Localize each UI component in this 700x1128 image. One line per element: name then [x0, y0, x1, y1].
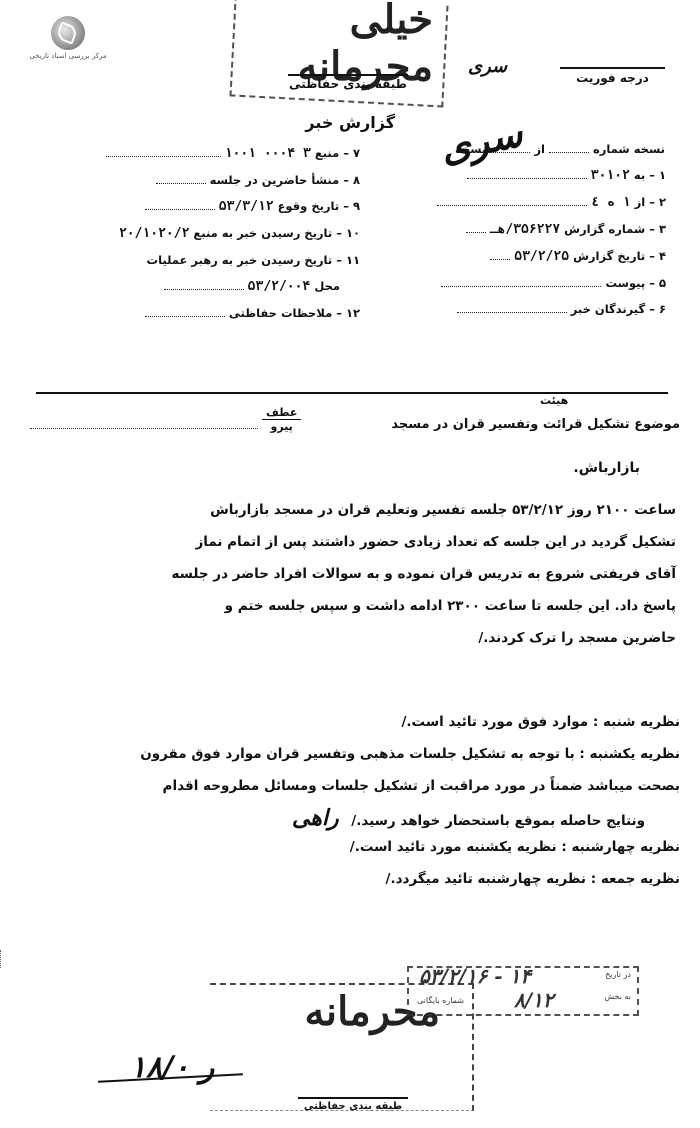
logo-text: مرکز بررسی اسناد تاریخی [28, 52, 108, 60]
opinion-saturday: نظریه شنبه : موارد فوق مورد تائید است./ [40, 712, 680, 732]
footer-classification-label: طبقه بندی حفاظتی [298, 1097, 408, 1112]
filing-stamp-dept-label: به بخش [604, 992, 631, 1001]
copy-suffix-label: نسخه [455, 142, 486, 156]
field-origin: ۸ – منشأ حاضرین در جلسه [22, 167, 360, 193]
reference-label: عطف [262, 406, 301, 420]
fields-left-column: ۷ – منبع ۳ ۰۰۰۴ ۱۰۰۱ ۸ – منشأ حاضرین در … [22, 140, 360, 326]
field-from-value: ۱ ه ٤ [591, 195, 630, 210]
field-report-number: ۳ – شماره گزارش ۳۵۶۲۲۷/هـ [400, 216, 666, 243]
section-divider [36, 392, 668, 394]
copy-number-label: نسخه شماره [593, 142, 665, 156]
filing-stamp: در تاریخ ۵۳/۲/۱۶ - ۱۴ به بخش ۸/۱۲ شماره … [407, 966, 639, 1016]
filing-stamp-date: ۵۳/۲/۱۶ - ۱۴ [419, 964, 531, 988]
security-classification-label: طبقه بندی حفاظتی [288, 74, 408, 91]
report-title: گزارش خبر [300, 113, 395, 132]
opinion-friday: نظریه جمعه : نظریه چهارشنبه تائید میگردد… [40, 869, 680, 889]
handwritten-initials: راهی [292, 805, 339, 831]
copy-of-label: از [534, 142, 545, 156]
field-to: ۱ – به ۳۰۱۰۲ [400, 162, 666, 189]
reference-fraction: عطف پیرو [262, 406, 301, 433]
field-recipients: ۶ – گیرندگان خبر [400, 296, 666, 322]
subject-row: موضوع تشکیل قرائت وتفسیر قران در مسجد [318, 417, 680, 432]
body-line: تشکیل گردید در این جلسه که تعداد زیادی ح… [60, 532, 676, 552]
opinions-section: نظریه شنبه : موارد فوق مورد تائید است./ … [40, 712, 680, 889]
opinion-sunday-cont: ونتایج حاصله بموقع باستحضار خواهد رسید./… [40, 808, 680, 831]
field-occurrence-date-value: ۵۳/۳/۱۲ [219, 199, 274, 214]
report-body: ساعت ۲۱۰۰ روز ۵۳/۲/۱۲ جلسه تفسیر وتعلیم … [60, 500, 676, 648]
copy-number-row: نسخه شماره از نسخه [395, 136, 665, 162]
body-line: پاسخ داد. این جلسه تا ساعت ۲۳۰۰ ادامه دا… [60, 596, 676, 616]
field-location: محل ۵۳/۲/۰۰۴ [22, 273, 360, 300]
bottom-handwritten-stamp: محرمانه [100, 988, 440, 1035]
field-report-date-value: ۵۳/۲/۲۵ [514, 249, 569, 264]
archive-logo: مرکز بررسی اسناد تاریخی [28, 10, 108, 60]
subject-label: موضوع [634, 417, 680, 432]
field-source-receipt-date: ۱۰ – تاریخ رسیدن خبر به منبع ۲۰/۱۰۲۰/۲ [22, 220, 360, 247]
body-line: حاضرین مسجد را ترک کردند./ [60, 628, 676, 648]
field-report-number-value: ۳۵۶۲۲۷/هـ [490, 222, 560, 237]
subject-continuation: بازارباش. [520, 460, 640, 476]
field-source-receipt-date-value: ۲۰/۱۰۲۰/۲ [119, 226, 189, 241]
opinion-sunday-cont: بصحت میباشد ضمناً در مورد مراقبت از تشکی… [40, 776, 680, 796]
filing-stamp-archive-label: شماره بایگانی [417, 996, 464, 1005]
subject-dotted-line [30, 428, 258, 429]
body-line: آقای فریفتی شروع به تدریس قران نموده و ب… [60, 564, 676, 584]
archive-center-logo-icon [51, 16, 85, 50]
opinion-sunday: نظریه یکشنبه : با توجه به تشکیل جلسات مذ… [40, 744, 680, 764]
field-source-value: ۳ ۰۰۰۴ ۱۰۰۱ [225, 146, 311, 161]
urgency-label: درجه فوریت [560, 67, 665, 85]
field-source: ۷ – منبع ۳ ۰۰۰۴ ۱۰۰۱ [22, 140, 360, 167]
body-line: ساعت ۲۱۰۰ روز ۵۳/۲/۱۲ جلسه تفسیر وتعلیم … [60, 500, 676, 520]
field-security-notes: ۱۲ – ملاحظات حفاظتی [22, 300, 360, 326]
subject-text: تشکیل قرائت وتفسیر قران در مسجد [391, 417, 629, 432]
field-to-value: ۳۰۱۰۲ [591, 168, 630, 183]
handwritten-secret-mark: سری [468, 56, 507, 77]
scan-artifact [0, 950, 4, 968]
field-report-date: ۴ – تاریخ گزارش ۵۳/۲/۲۵ [400, 243, 666, 270]
field-attachment: ۵ – پیوست [400, 270, 666, 296]
opinion-wednesday: نظریه چهارشنبه : نظریه یکشنبه مورد تائید… [40, 837, 680, 857]
field-operations-receipt-date: ۱۱ – تاریخ رسیدن خبر به رهبر عملیات [22, 247, 360, 273]
field-occurrence-date: ۹ – تاریخ وقوع ۵۳/۳/۱۲ [22, 193, 360, 220]
filing-stamp-date-label: در تاریخ [605, 970, 631, 979]
field-origin-value: حاضرین در جلسه [210, 173, 308, 187]
field-location-value: ۵۳/۲/۰۰۴ [248, 279, 311, 294]
fields-right-column: ۱ – به ۳۰۱۰۲ ۲ – از ۱ ه ٤ ۳ – شماره گزار… [400, 162, 666, 322]
filing-stamp-number: ۸/۱۲ [514, 988, 554, 1012]
field-from: ۲ – از ۱ ه ٤ [400, 189, 666, 216]
followup-label: پیرو [262, 420, 301, 433]
subject-superscript: هیئت [540, 394, 568, 407]
